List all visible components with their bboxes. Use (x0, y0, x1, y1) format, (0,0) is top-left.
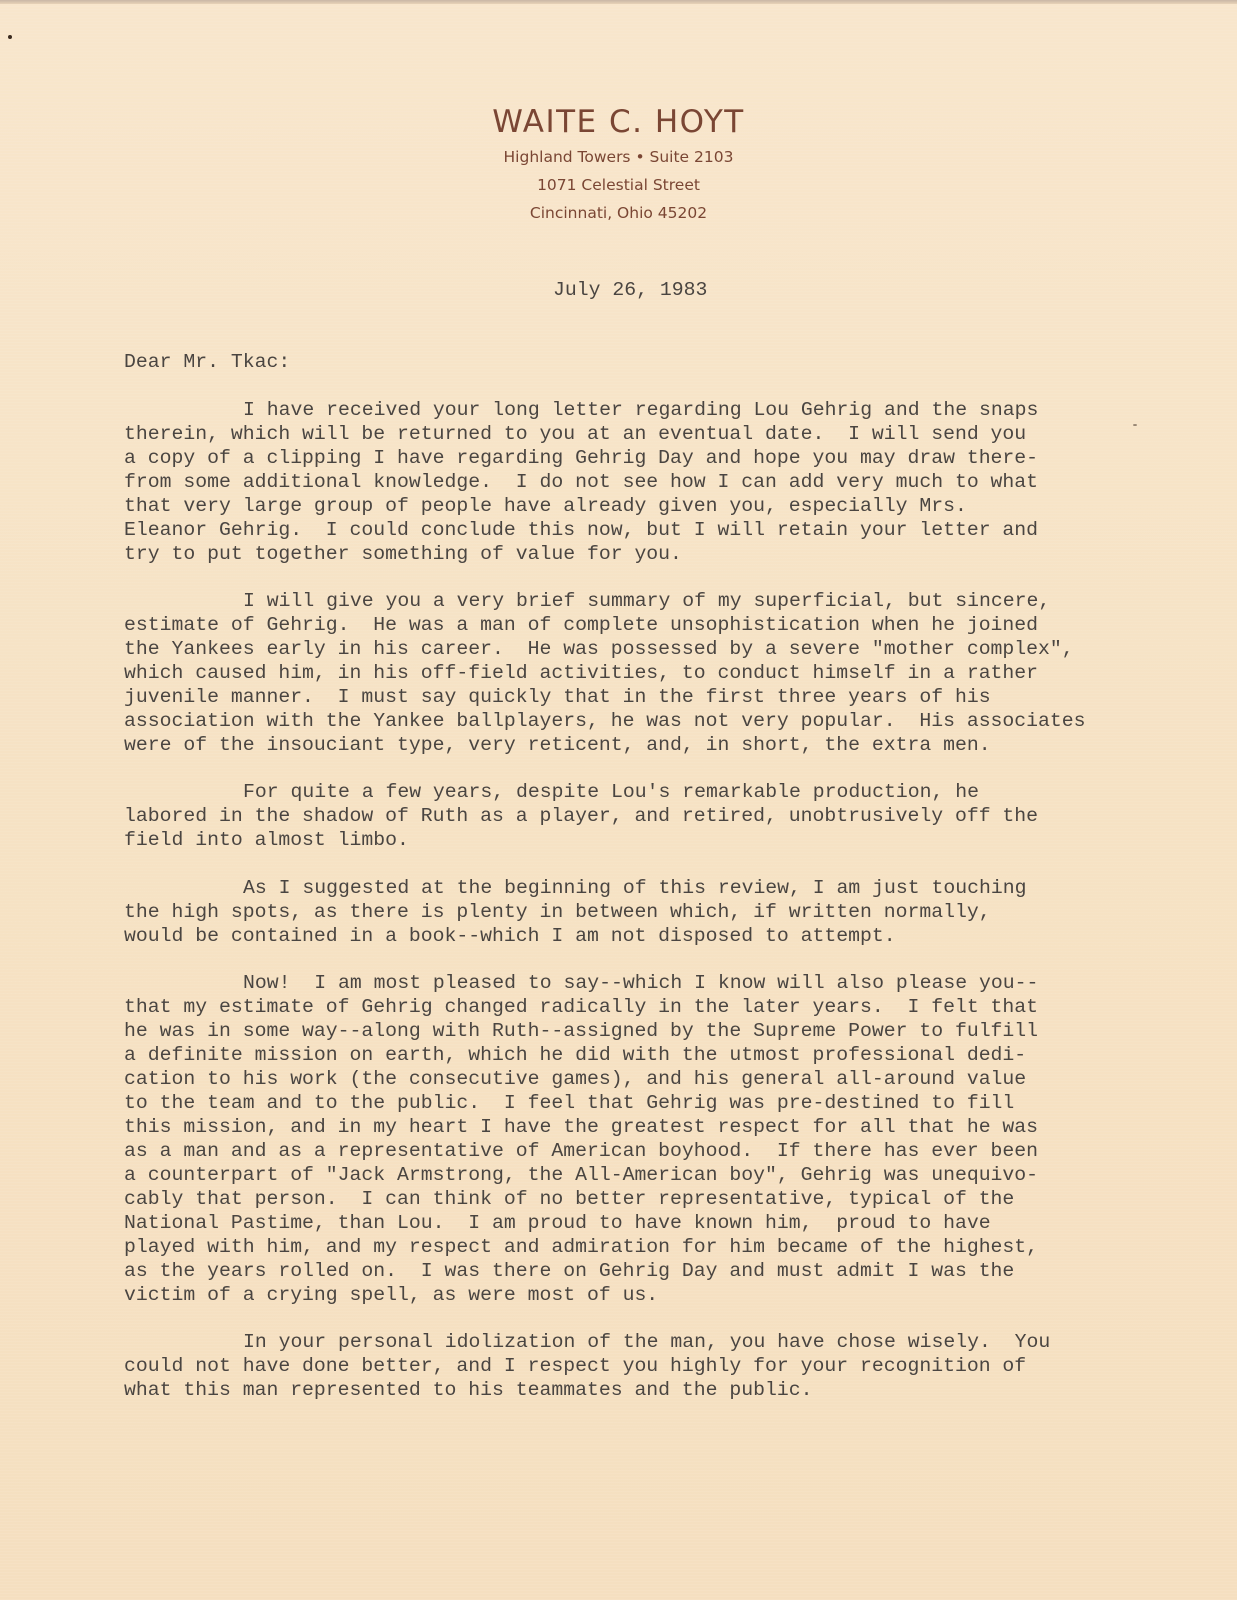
text-line: As I suggested at the beginning of this … (124, 876, 1026, 900)
text-line: association with the Yankee ballplayers,… (124, 709, 1086, 733)
paper-speck (1133, 424, 1137, 426)
letterhead-address-line-2: 1071 Celestial Street (0, 176, 1237, 194)
text-line: what this man represented to his teammat… (124, 1378, 1050, 1402)
text-line: victim of a crying spell, as were most o… (124, 1283, 1038, 1307)
letterhead-address-line-1: Highland Towers • Suite 2103 (0, 148, 1237, 166)
text-line: he was in some way--along with Ruth--ass… (124, 1019, 1038, 1043)
text-line: as a man and as a representative of Amer… (124, 1139, 1038, 1163)
text-line: which caused him, in his off-field activ… (124, 661, 1086, 685)
text-line: could not have done better, and I respec… (124, 1354, 1050, 1378)
text-line: Eleanor Gehrig. I could conclude this no… (124, 518, 1038, 542)
text-line: labored in the shadow of Ruth as a playe… (124, 804, 1038, 828)
text-line: I have received your long letter regardi… (124, 398, 1038, 422)
text-line: to the team and to the public. I feel th… (124, 1091, 1038, 1115)
paper-top-edge (0, 0, 1237, 4)
letter-paragraph-2: I will give you a very brief summary of … (124, 589, 1086, 757)
paper-speck (8, 35, 12, 39)
text-line: were of the insouciant type, very retice… (124, 733, 1086, 757)
text-line: as the years rolled on. I was there on G… (124, 1259, 1038, 1283)
letter-paragraph-4: As I suggested at the beginning of this … (124, 876, 1026, 948)
text-line: the Yankees early in his career. He was … (124, 637, 1086, 661)
letter-salutation: Dear Mr. Tkac: (124, 350, 290, 374)
letter-paragraph-6: In your personal idolization of the man,… (124, 1330, 1050, 1402)
text-line: the high spots, as there is plenty in be… (124, 900, 1026, 924)
text-line: I will give you a very brief summary of … (124, 589, 1086, 613)
text-line: a copy of a clipping I have regarding Ge… (124, 446, 1038, 470)
text-line: would be contained in a book--which I am… (124, 924, 1026, 948)
text-line: that very large group of people have alr… (124, 494, 1038, 518)
letter-paragraph-3: For quite a few years, despite Lou's rem… (124, 780, 1038, 852)
text-line: In your personal idolization of the man,… (124, 1330, 1050, 1354)
text-line: from some additional knowledge. I do not… (124, 470, 1038, 494)
text-line: juvenile manner. I must say quickly that… (124, 685, 1086, 709)
text-line: played with him, and my respect and admi… (124, 1235, 1038, 1259)
text-line: this mission, and in my heart I have the… (124, 1115, 1038, 1139)
text-line: try to put together something of value f… (124, 542, 1038, 566)
letter-paragraph-1: I have received your long letter regardi… (124, 398, 1038, 566)
text-line: cably that person. I can think of no bet… (124, 1187, 1038, 1211)
text-line: cation to his work (the consecutive game… (124, 1067, 1038, 1091)
letterhead-name: WAITE C. HOYT (0, 104, 1237, 140)
letter-date: July 26, 1983 (553, 278, 707, 302)
text-line: a definite mission on earth, which he di… (124, 1043, 1038, 1067)
text-line: therein, which will be returned to you a… (124, 422, 1038, 446)
text-line: National Pastime, than Lou. I am proud t… (124, 1211, 1038, 1235)
text-line: that my estimate of Gehrig changed radic… (124, 995, 1038, 1019)
text-line: a counterpart of "Jack Armstrong, the Al… (124, 1163, 1038, 1187)
text-line: For quite a few years, despite Lou's rem… (124, 780, 1038, 804)
letterhead-address-line-3: Cincinnati, Ohio 45202 (0, 204, 1237, 222)
letter-paragraph-5: Now! I am most pleased to say--which I k… (124, 971, 1038, 1307)
text-line: field into almost limbo. (124, 828, 1038, 852)
text-line: Now! I am most pleased to say--which I k… (124, 971, 1038, 995)
text-line: estimate of Gehrig. He was a man of comp… (124, 613, 1086, 637)
